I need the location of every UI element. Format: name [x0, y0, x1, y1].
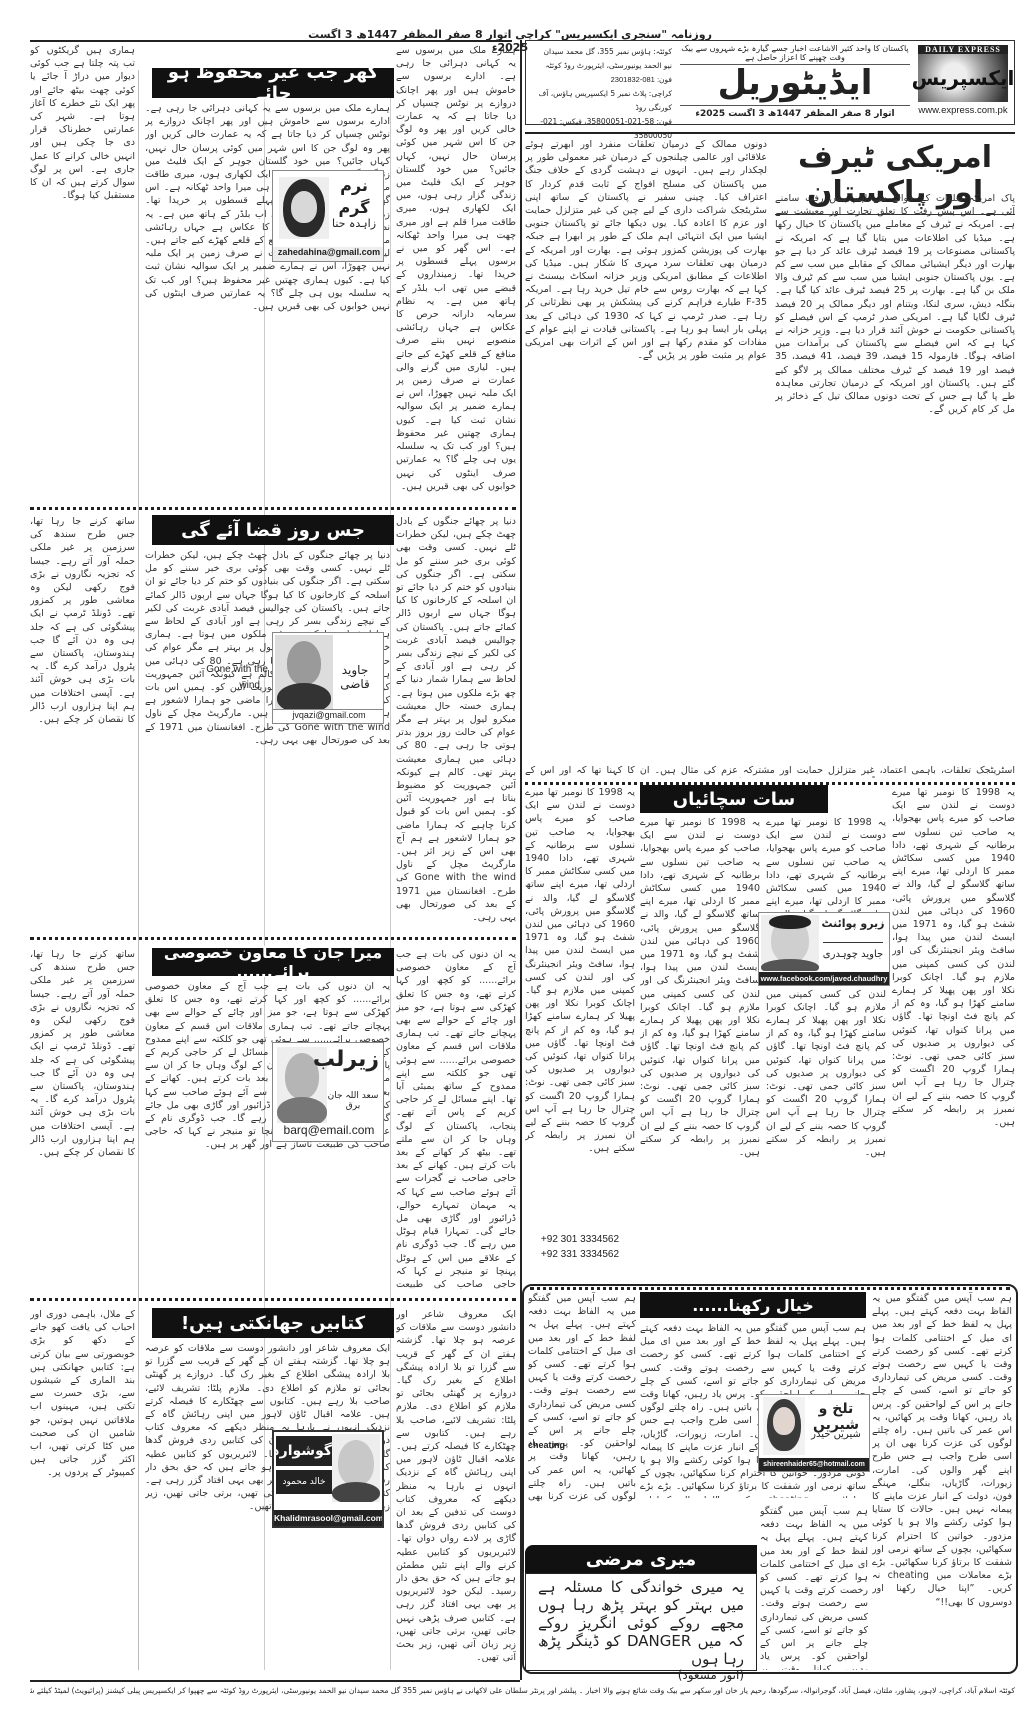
column-headline: جس روز قضا آئے گی	[152, 515, 394, 545]
author-photo-card: گوشوارہ خالد محمود رسول Khalidmrasool@gm…	[272, 1430, 384, 1528]
contact-phones: +92 301 3334562 +92 331 3334562	[525, 1232, 635, 1262]
address-line: نیو الحمد یونیورسٹی، ایئرپورٹ روڈ کوئٹہ	[532, 59, 672, 73]
phone-line: فون: 081-2301832	[532, 73, 672, 87]
author-facebook-link[interactable]: www.facebook.com/javed.chaudhry	[759, 972, 889, 985]
column-body-continued: ہم سب آپس میں گفتگو میں یہ الفاظ بہت دفع…	[760, 1505, 868, 1670]
dotted-divider	[30, 937, 516, 940]
author-photo	[763, 1397, 805, 1455]
author-name: جاوید چوہدری	[821, 949, 885, 960]
column-name: زیرو پوائنٹ	[821, 917, 885, 930]
column-body-continued: یہ 1998 کا نومبر تھا میرے دوست نے لندن س…	[766, 816, 886, 1276]
strip-body-bottom: کے ملال، باہمی دوری اور احباب کی یافت کھ…	[30, 1308, 135, 1662]
column-headline: گھر جب غیر محفوظ ہو جائے	[152, 68, 394, 98]
poem-line: میں بہتر کو بہتر پڑھ رہا ہوں	[538, 1596, 744, 1614]
inline-english-text: wind	[200, 680, 260, 691]
poet-name: (انور مسعود)	[538, 1668, 744, 1682]
address-line: کراچی: پلاٹ نمبر 5 ایکسپریس ہاؤس، آف کور…	[532, 87, 672, 115]
divider	[30, 1680, 520, 1682]
author-email[interactable]: jvqazi@gmail.com	[273, 709, 384, 723]
author-name: زاہدہ حنا	[329, 217, 379, 230]
column-body: ہمارے ملک میں برسوں سے یہ کہانی دہرائی ج…	[145, 102, 390, 502]
masthead: DAILY EXPRESS ایکسپریس www.express.com.p…	[525, 40, 1015, 125]
masthead-date: اتوار 8 صفر المظفر 1447ھ 3 اگست 2025ء	[680, 105, 910, 119]
column-body-continued: یہ 1998 کا نومبر تھا میرے دوست نے لندن س…	[525, 786, 635, 1186]
column-rule	[390, 70, 391, 1670]
logo-globe-icon: ایکسپریس	[918, 54, 1008, 102]
column-body-continued: یہ ان دنوں کی بات ہے جب آج کے معاون خصوص…	[396, 948, 516, 1290]
dotted-divider	[30, 1298, 516, 1301]
contact-address: کوئٹہ: ہاؤس نمبر 355، گل محمد سیدان نیو …	[532, 45, 672, 143]
poem-line: مجھے روکے کوئی انگریز روکے	[538, 1614, 744, 1632]
inline-english-text: cheating	[528, 1440, 636, 1450]
column-name: زیرلب	[325, 1047, 379, 1072]
column-headline: میرا جان کا معاون خصوصی برائے......	[152, 948, 394, 976]
poem-line: یہ میری خواندگی کا مسئلہ ہے	[538, 1578, 744, 1596]
author-photo	[275, 635, 333, 709]
author-name: شیریں حیدر	[807, 1429, 865, 1440]
author-name: خالد محمود رسول	[276, 1470, 332, 1494]
column-body-continued: یہ 1998 کا نومبر تھا میرے دوست نے لندن س…	[892, 786, 1015, 1276]
author-photo-card: تلخ و شیریں شیریں حیدر shireenhaider65@h…	[758, 1394, 870, 1472]
divider	[525, 132, 1015, 134]
column-body-continued: ہم سب آپس میں گفتگو میں یہ الفاظ بہت دفع…	[528, 1292, 636, 1502]
author-name: سعد اللہ جان برق	[325, 1091, 381, 1111]
author-email[interactable]: zahedahina@gmail.com	[273, 247, 384, 261]
column-body: یہ 1998 کا نومبر تھا میرے دوست نے لندن س…	[640, 816, 760, 1276]
column-body: دنیا پر چھائے جنگوں کے بادل چھٹ چکے ہیں،…	[145, 549, 390, 929]
express-logo: DAILY EXPRESS ایکسپریس www.express.com.p…	[918, 45, 1008, 119]
inline-english-text: Gone with the	[148, 664, 268, 675]
editorial-footer: اسٹریٹجک تعلقات، باہمی اعتماد، غیر متزلز…	[525, 764, 1015, 778]
column-name: نرم گرم	[329, 175, 379, 219]
author-email[interactable]: barq@email.com	[273, 1123, 384, 1139]
dotted-divider	[530, 1287, 1010, 1290]
column-body-continued: ہم سب آپس میں گفتگو میں یہ الفاظ بہت دفع…	[872, 1292, 1012, 1667]
address-line: کوئٹہ: ہاؤس نمبر 355، گل محمد سیدان	[532, 45, 672, 59]
divider	[30, 40, 512, 42]
poem-box: یہ میری خواندگی کا مسئلہ ہے میں بہتر کو …	[525, 1573, 757, 1671]
author-photo	[761, 915, 819, 971]
column-name: گوشوارہ	[276, 1436, 332, 1466]
editorial-body-left: دونوں ممالک کے درمیان تعلقات منفرد اور ا…	[525, 138, 767, 762]
footer-imprint: کوئٹہ اسلام آباد، کراچی، لاہور، پشاور، م…	[30, 1686, 1015, 1695]
author-email[interactable]: shireenhaider65@hotmail.com	[759, 1458, 869, 1471]
column-rule	[138, 70, 139, 1670]
masthead-tagline: پاکستان کا واحد کثیر الاشاعت اخبار جسے گ…	[680, 44, 910, 65]
author-email[interactable]: Khalidmrasool@gmail.com	[274, 1510, 382, 1526]
website-url[interactable]: www.express.com.pk	[918, 105, 1008, 116]
author-photo-card: جاوید قاضی jvqazi@gmail.com	[272, 632, 384, 724]
phone-number[interactable]: +92 331 3334562	[525, 1247, 635, 1262]
logo-daily-express: DAILY EXPRESS	[918, 45, 1008, 54]
chevron-decoration	[823, 933, 883, 943]
strip-body-top: ہماری ہیں گریکٹوں کو تب پتہ چلتا ہے جب ک…	[30, 44, 135, 506]
phone-number[interactable]: +92 301 3334562	[525, 1232, 635, 1247]
column-headline: کتابیں جھانکتی ہیں!	[152, 1308, 394, 1338]
strip-body-middle: ساتھ کرنے جا رہا تھا، جس طرح سندھ کی سرز…	[30, 515, 135, 929]
strip-body-continued: ساتھ کرنے جا رہا تھا، جس طرح سندھ کی سرز…	[30, 948, 135, 1290]
dotted-divider	[30, 507, 516, 510]
column-body-continued: ایک معروف شاعر اور دانشور دوست سے ملاقات…	[396, 1308, 516, 1662]
poem-title: میری مرضی	[525, 1545, 757, 1573]
author-photo-card: زیرو پوائنٹ جاوید چوہدری www.facebook.co…	[758, 912, 890, 986]
author-photo-card: زیرلب سعد اللہ جان برق barq@email.com	[272, 1042, 384, 1142]
column-body-continued: دنیا پر چھائے جنگوں کے بادل چھٹ چکے ہیں،…	[396, 515, 516, 929]
author-photo	[279, 177, 329, 239]
editorial-body-right: پاک امریکہ تعلقات کے حوالے سے اہم پیش رف…	[775, 192, 1015, 762]
section-title: ایڈیٹوریل	[680, 63, 910, 103]
poem-line: کہ میں DANGER کو ڈینگر پڑھ رہا ہوں	[538, 1632, 744, 1668]
column-body-continued: ہمارے ملک میں برسوں سے یہ کہانی دہرائی ج…	[396, 44, 516, 502]
author-photo-card: نرم گرم زاہدہ حنا zahedahina@gmail.com	[272, 170, 384, 262]
author-name: جاوید قاضی	[331, 663, 379, 691]
author-photo	[332, 1434, 380, 1502]
column-headline: سات سچائیاں	[640, 785, 828, 813]
column-headline: خیال رکھنا......	[640, 1292, 866, 1318]
